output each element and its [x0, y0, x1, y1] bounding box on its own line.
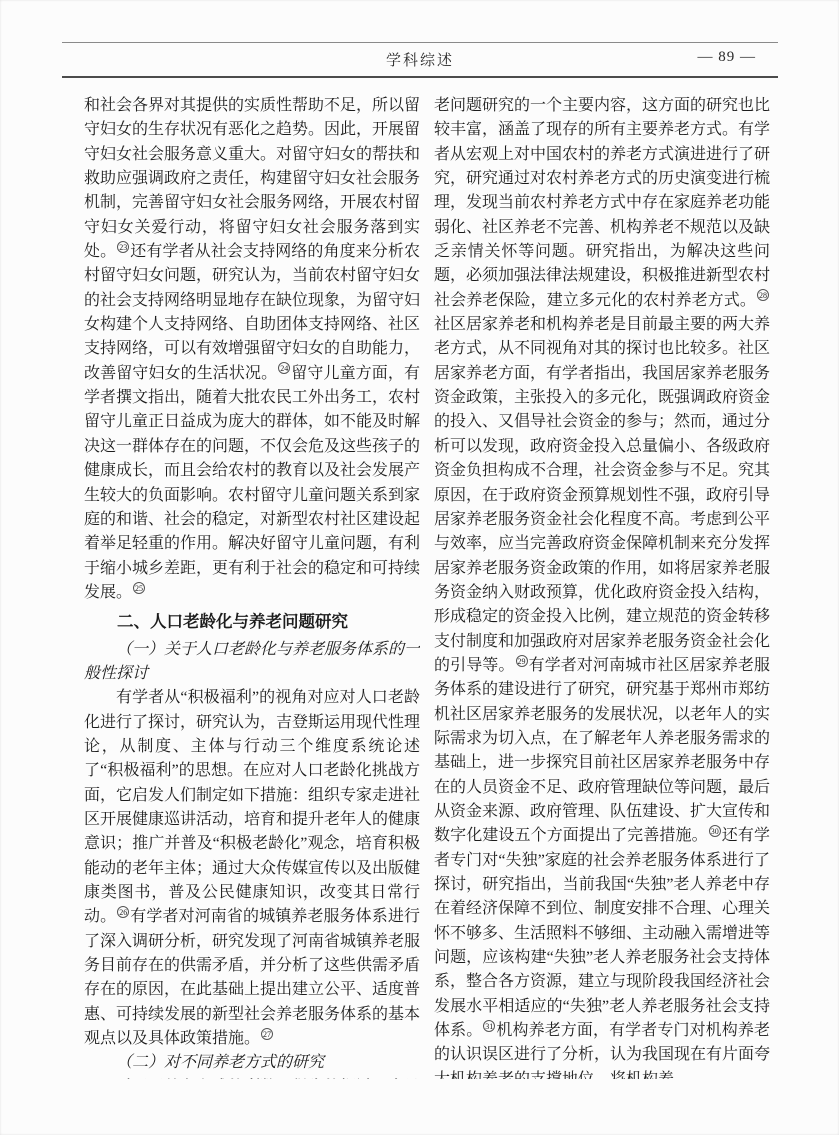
right-column: 老问题研究的一个主要内容，这方面的研究也比较丰富，涵盖了现存的所有主要养老方式。…: [434, 94, 770, 1079]
document-page: 学科综述 — 89 — 和社会各界对其提供的实质性帮助不足，所以留守妇女的生存状…: [0, 0, 839, 1135]
footnote-marker: 31: [483, 1020, 495, 1032]
footnote-marker: 25: [133, 582, 145, 594]
body-paragraph: 对不同养老方式的利弊、得失的探讨一直是养: [84, 1076, 420, 1079]
page-number: — 89 —: [698, 49, 757, 66]
header-bottom-rule: [62, 76, 778, 78]
footnote-marker: 26: [117, 906, 129, 918]
text-body: 和社会各界对其提供的实质性帮助不足，所以留守妇女的生存状况有恶化之趋势。因此，开…: [84, 94, 770, 1079]
sub-heading: （一）关于人口老龄化与养老服务体系的一般性探讨: [84, 638, 420, 687]
body-paragraph: 老问题研究的一个主要内容，这方面的研究也比较丰富，涵盖了现存的所有主要养老方式。…: [434, 94, 770, 1079]
footnote-marker: 30: [709, 825, 721, 837]
footnote-marker: 24: [278, 362, 290, 374]
section-heading: 二、人口老龄化与养老问题研究: [84, 610, 420, 634]
body-paragraph: 和社会各界对其提供的实质性帮助不足，所以留守妇女的生存状况有恶化之趋势。因此，开…: [84, 94, 420, 605]
body-paragraph: 有学者从“积极福利”的视角对应对人口老龄化进行了探讨，研究认为，吉登斯运用现代性…: [84, 686, 420, 1051]
footnote-marker: 27: [261, 1028, 273, 1040]
header-top-rule: [62, 42, 778, 43]
footnote-marker: 28: [757, 289, 769, 301]
footnote-marker: 29: [516, 655, 528, 667]
left-column: 和社会各界对其提供的实质性帮助不足，所以留守妇女的生存状况有恶化之趋势。因此，开…: [84, 94, 420, 1079]
sub-heading: （二）对不同养老方式的研究: [84, 1051, 420, 1075]
running-head: 学科综述: [62, 49, 778, 70]
footnote-marker: 23: [117, 241, 129, 253]
